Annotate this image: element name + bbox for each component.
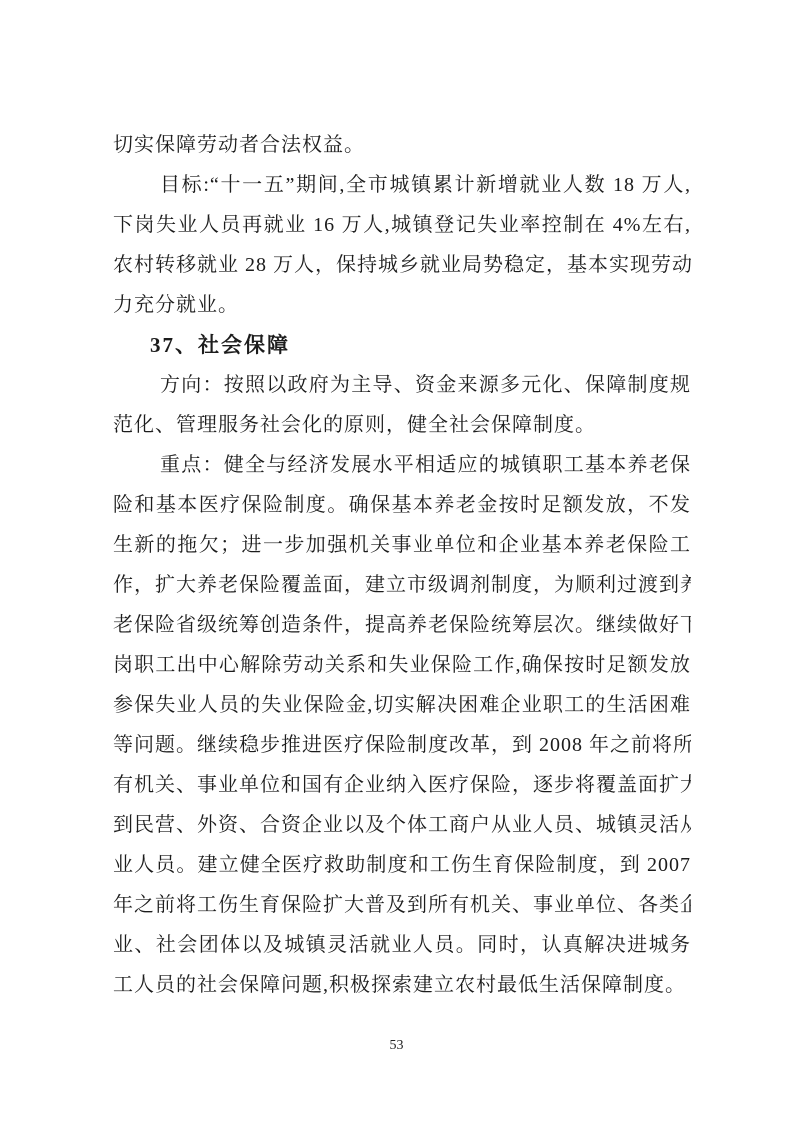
text-line: 作，扩大养老保险覆盖面，建立市级调剂制度，为顺利过渡到养 <box>113 565 691 605</box>
text-line: 年之前将工伤生育保险扩大普及到所有机关、事业单位、各类企 <box>113 885 691 925</box>
text-line: 生新的拖欠；进一步加强机关事业单位和企业基本养老保险工 <box>113 525 691 565</box>
page-number: 53 <box>390 1038 404 1053</box>
text-line: 力充分就业。 <box>113 285 691 325</box>
text-line: 业、社会团体以及城镇灵活就业人员。同时，认真解决进城务 <box>113 925 691 965</box>
text-line: 业人员。建立健全医疗救助制度和工伤生育保险制度，到 2007 <box>113 845 691 885</box>
text-line: 方向：按照以政府为主导、资金来源多元化、保障制度规 <box>113 365 691 405</box>
text-line: 参保失业人员的失业保险金,切实解决困难企业职工的生活困难 <box>113 685 691 725</box>
text-line: 下岗失业人员再就业 16 万人,城镇登记失业率控制在 4%左右, <box>113 205 691 245</box>
text-line: 到民营、外资、合资企业以及个体工商户从业人员、城镇灵活从 <box>113 805 691 845</box>
text-line: 险和基本医疗保险制度。确保基本养老金按时足额发放，不发 <box>113 485 691 525</box>
text-block: 切实保障劳动者合法权益。 目标:“十一五”期间,全市城镇累计新增就业人数 18 … <box>113 125 691 1005</box>
page-footer: 53 <box>0 1036 793 1054</box>
text-line: 岗职工出中心解除劳动关系和失业保险工作,确保按时足额发放 <box>113 645 691 685</box>
text-line: 切实保障劳动者合法权益。 <box>113 125 691 165</box>
text-line: 老保险省级统筹创造条件，提高养老保险统筹层次。继续做好下 <box>113 605 691 645</box>
text-line: 有机关、事业单位和国有企业纳入医疗保险，逐步将覆盖面扩大 <box>113 765 691 805</box>
text-line: 目标:“十一五”期间,全市城镇累计新增就业人数 18 万人, <box>113 165 691 205</box>
document-page: 切实保障劳动者合法权益。 目标:“十一五”期间,全市城镇累计新增就业人数 18 … <box>0 0 793 1122</box>
text-line: 范化、管理服务社会化的原则，健全社会保障制度。 <box>113 405 691 445</box>
text-line: 等问题。继续稳步推进医疗保险制度改革，到 2008 年之前将所 <box>113 725 691 765</box>
section-heading: 37、社会保障 <box>113 325 691 365</box>
text-line: 农村转移就业 28 万人，保持城乡就业局势稳定，基本实现劳动 <box>113 245 691 285</box>
text-line: 工人员的社会保障问题,积极探索建立农村最低生活保障制度。 <box>113 965 691 1005</box>
text-line: 重点：健全与经济发展水平相适应的城镇职工基本养老保 <box>113 445 691 485</box>
